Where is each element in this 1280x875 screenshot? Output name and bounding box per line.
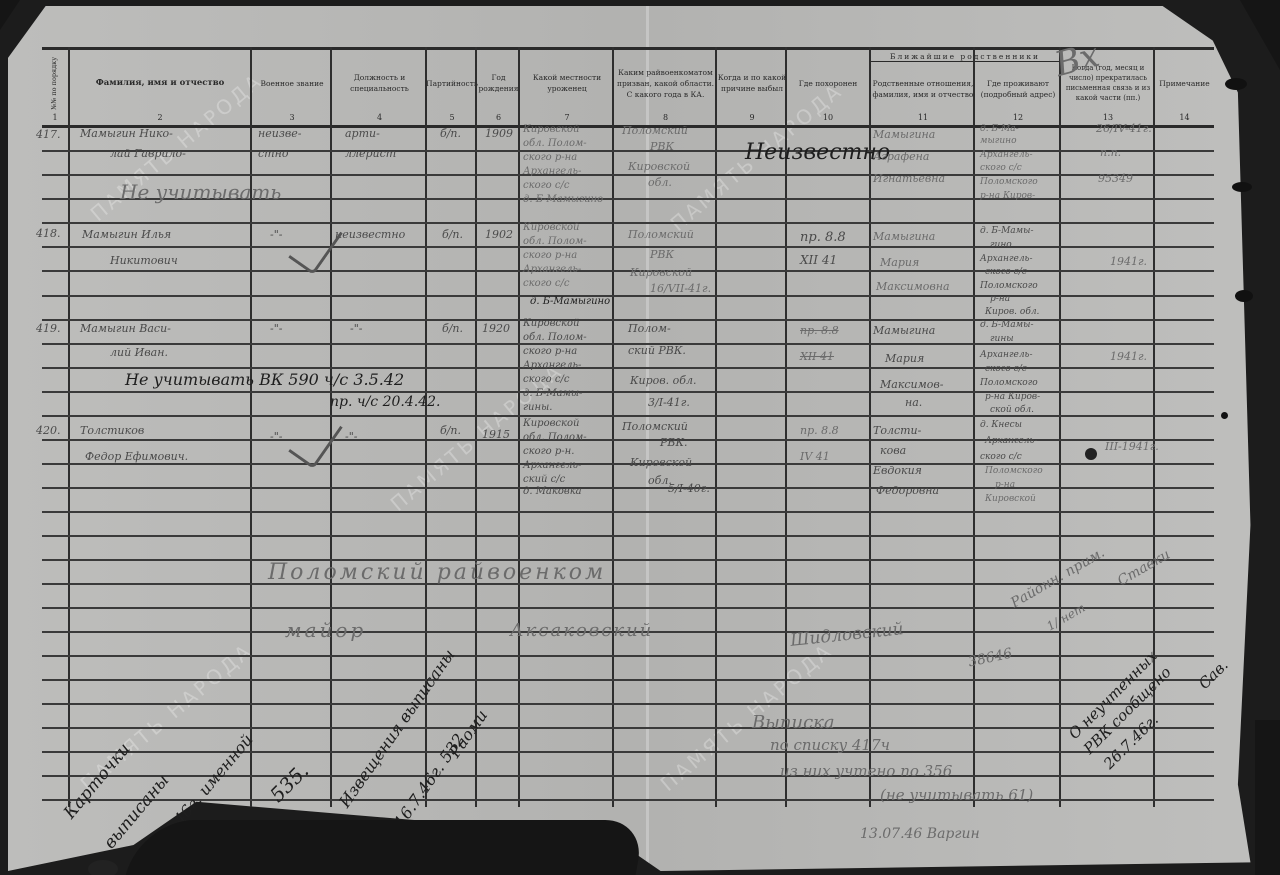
- relative-name: Мамыгина: [873, 128, 935, 141]
- grid-line: [973, 47, 975, 807]
- birthplace: д. Маковка: [523, 486, 582, 497]
- table-header: №№ по порядку Фамилия, имя и отчество Во…: [42, 47, 1214, 116]
- position: -"-: [350, 322, 363, 335]
- row-number: 420.: [36, 424, 61, 437]
- ink-blot: [1085, 448, 1097, 460]
- ruled-line: [42, 559, 1214, 561]
- commissar-signature: Аксаковский: [510, 620, 653, 641]
- col-header-14: Примечание: [1155, 50, 1214, 116]
- rank: стно: [258, 147, 288, 160]
- relative-address: р-на: [990, 294, 1010, 304]
- relative-address: мыгино: [980, 136, 1016, 146]
- relative-name: Мария: [885, 352, 924, 365]
- party-membership: б/п.: [440, 424, 461, 437]
- position: арти-: [345, 127, 380, 140]
- party-membership: б/п.: [442, 228, 463, 241]
- draft-office: обл.: [648, 176, 672, 189]
- draft-office: Поломский: [628, 228, 694, 241]
- ruled-line: [42, 487, 1214, 489]
- draft-office: 5/I-40г.: [668, 482, 710, 495]
- draft-office: Кировской: [628, 160, 690, 173]
- draft-office: Поломский: [622, 420, 688, 433]
- relative-address: д. Б-Мамы-: [980, 320, 1034, 330]
- relative-name: Евдокия: [873, 464, 922, 477]
- relative-address: д. Б-Ма-: [980, 124, 1019, 134]
- grid-line: [1059, 47, 1061, 807]
- burial-place: XII 41: [800, 350, 834, 363]
- paper-hole: [1225, 78, 1247, 90]
- col-header-11: Родственные отношения, фамилия, имя и от…: [871, 62, 975, 116]
- birthplace: д. Б-Мамыгино: [523, 194, 603, 205]
- relative-address: Поломского: [980, 281, 1038, 291]
- full-name: Толстиков: [80, 424, 144, 437]
- birthplace: Кировской: [523, 418, 579, 429]
- col-header-5: Партийность: [427, 50, 477, 116]
- relative-name: Максимовна: [876, 280, 950, 293]
- col-header-4: Должность и специальность: [332, 50, 427, 116]
- birthplace: обл. Полом-: [523, 138, 587, 149]
- ruled-line: [42, 727, 1214, 729]
- relative-address: ского с/с: [980, 452, 1022, 462]
- draft-office: РВК: [650, 248, 674, 261]
- ruled-line: [42, 174, 1214, 176]
- commissar-title: Поломский райвоенком: [268, 560, 606, 585]
- relative-address: ской обл.: [990, 405, 1034, 415]
- col-header-2: Фамилия, имя и отчество: [70, 50, 250, 116]
- relative-address: р-на Киров-: [985, 392, 1040, 402]
- birthplace: ского р-н.: [523, 446, 574, 457]
- relative-address: Архангель-: [980, 350, 1033, 360]
- ruled-line: [42, 535, 1214, 537]
- draft-office: РВК: [650, 140, 674, 153]
- birthplace: Кировской: [523, 318, 579, 329]
- birthplace: Архангель-: [523, 460, 581, 471]
- relative-name: Федоровна: [876, 484, 939, 497]
- draft-office: 3/I-41г.: [648, 396, 690, 409]
- ruled-line: [42, 607, 1214, 609]
- last-contact: п.п.: [1100, 146, 1121, 159]
- rank: неизве-: [258, 127, 301, 140]
- relative-address: р-на Киров-: [980, 191, 1035, 201]
- last-contact: 1941г.: [1110, 350, 1147, 363]
- exclusion-note: пр. ч/с 20.4.42.: [330, 394, 440, 410]
- ruled-line: [42, 463, 1214, 465]
- draft-office: ский РВК.: [628, 344, 686, 357]
- birthplace: ского с/с: [523, 278, 569, 289]
- relative-address: ского с/с: [980, 163, 1022, 173]
- grid-line: [250, 47, 252, 807]
- grid-line: [475, 47, 477, 807]
- position: ллерист: [345, 147, 396, 160]
- party-membership: б/п.: [440, 127, 461, 140]
- full-name: лай Гаврило-: [110, 147, 186, 160]
- birthplace: Архангель-: [523, 264, 581, 275]
- full-name: Мамыгин Нико-: [80, 127, 173, 140]
- relative-name: кова: [880, 444, 906, 457]
- fate-stamp: Неизвестно: [745, 140, 890, 165]
- ruled-line: [42, 295, 1214, 297]
- torn-edge: [125, 820, 646, 875]
- birthplace: обл. Полом-: [523, 236, 587, 247]
- relative-address: гины: [990, 334, 1014, 344]
- rank: -"-: [270, 228, 283, 241]
- full-name: Мамыгин Васи-: [80, 322, 171, 335]
- paper-hole: [1221, 412, 1228, 419]
- group-header-relatives: Ближайшие родственники: [871, 52, 1059, 62]
- relative-address: Архангель-: [980, 254, 1033, 264]
- last-contact: III-1941г.: [1105, 440, 1159, 453]
- relative-address: Поломского: [980, 177, 1038, 187]
- relative-address: Архангель-: [985, 436, 1038, 446]
- col-header-3: Военное звание: [252, 50, 332, 116]
- relative-address: гино: [990, 240, 1012, 250]
- relative-address: Кировской: [985, 494, 1036, 504]
- birth-year: 1915: [482, 428, 510, 441]
- relative-address: Поломского: [980, 378, 1038, 388]
- torn-corner: [1240, 0, 1280, 70]
- extract-note: из них учтено по 356: [780, 762, 952, 780]
- col-num: 10: [787, 113, 869, 125]
- relative-address: д. Кнесы: [980, 420, 1022, 430]
- birth-year: 1902: [485, 228, 513, 241]
- col-num: 11: [871, 113, 975, 125]
- birthplace: гины.: [523, 402, 552, 413]
- draft-office: Поломский: [622, 124, 688, 137]
- ruled-line: [42, 439, 1214, 441]
- draft-office: Полом-: [628, 322, 671, 335]
- relative-address: ского с/с: [985, 267, 1027, 277]
- col-num: 1: [42, 113, 68, 125]
- ruled-line: [42, 150, 1214, 152]
- paper-hole: [1235, 290, 1253, 302]
- birthplace: ского с/с: [523, 180, 569, 191]
- relative-address: Киров. обл.: [985, 307, 1039, 317]
- birthplace: Кировской: [523, 222, 579, 233]
- ruled-line: [42, 511, 1214, 513]
- birthplace: ского р-на: [523, 152, 577, 163]
- torn-edge: [1255, 720, 1280, 875]
- extract-note: по списку 417ч: [770, 736, 890, 754]
- grid-line: [715, 47, 717, 807]
- grid-line: [518, 47, 520, 807]
- burial-place: пр. 8.8: [800, 230, 846, 245]
- position: -"-: [345, 430, 358, 443]
- col-num: 5: [427, 113, 477, 125]
- col-header-10: Где похоронен: [787, 50, 869, 116]
- col-header-9: Когда и по какой причине выбыл: [717, 50, 787, 116]
- extract-note: 13.07.46 Варгин: [860, 826, 980, 842]
- relative-name: Мария: [880, 256, 919, 269]
- ruled-line: [42, 703, 1214, 705]
- draft-office: РВК.: [660, 436, 688, 449]
- birthplace: обл. Полом-: [523, 332, 587, 343]
- commissar-rank: майор: [285, 618, 366, 642]
- ruled-line: [42, 222, 1214, 224]
- birthplace: Архангель-: [523, 360, 581, 371]
- party-membership: б/п.: [442, 322, 463, 335]
- col-num: 14: [1155, 113, 1214, 125]
- col-header-6: Год рождения: [477, 50, 520, 116]
- birth-year: 1920: [482, 322, 510, 335]
- exclusion-note: Не учитывать ВК 590 ч/с 3.5.42: [125, 370, 404, 389]
- draft-office: Киров. обл.: [630, 374, 697, 387]
- ruled-line: [42, 367, 1214, 369]
- paper-hole: [1232, 182, 1252, 192]
- birthplace: ского с/с: [523, 374, 569, 385]
- draft-office: Кировской: [630, 266, 692, 279]
- birthplace: ского р-на: [523, 250, 577, 261]
- last-contact: 95349: [1098, 172, 1133, 185]
- col-num: 6: [477, 113, 520, 125]
- torn-corner: [0, 0, 20, 30]
- col-header-1: №№ по порядку: [50, 56, 61, 109]
- exclusion-note: Не учитывать: [120, 180, 281, 204]
- relative-address: р-на: [995, 480, 1015, 490]
- birthplace: ский с/с: [523, 474, 565, 485]
- relative-name: Мамыгина: [873, 230, 935, 243]
- burial-place: пр. 8.8: [800, 424, 839, 437]
- birthplace: обл. Полом-: [523, 432, 587, 443]
- relative-name: Аграфена: [873, 150, 929, 163]
- position: неизвестно: [335, 228, 405, 241]
- rank: -"-: [270, 430, 283, 443]
- row-number: 419.: [36, 322, 61, 335]
- relative-name: Игнатьевна: [873, 172, 945, 185]
- col-header-12: Где проживают (подробный адрес): [975, 62, 1061, 116]
- burial-place: пр. 8.8: [800, 324, 839, 337]
- relative-address: д. Б-Мамы-: [980, 226, 1034, 236]
- rank: -"-: [270, 322, 283, 335]
- extract-note: Выписка: [752, 712, 835, 733]
- ruled-line: [42, 679, 1214, 681]
- birthplace: ского р-на: [523, 346, 577, 357]
- draft-office: 16/VII-41г.: [650, 282, 711, 295]
- birthplace: Кировской: [523, 124, 579, 135]
- relative-name: Толсти-: [873, 424, 921, 437]
- col-num: 4: [332, 113, 427, 125]
- relative-name: Мамыгина: [873, 324, 935, 337]
- draft-office: Кировской: [630, 456, 692, 469]
- ink-blot: [88, 860, 118, 875]
- full-name: Федор Ефимович.: [85, 450, 188, 463]
- col-num: 2: [70, 113, 250, 125]
- birth-year: 1909: [485, 127, 513, 140]
- ruled-line: [42, 270, 1214, 272]
- full-name: лий Иван.: [110, 346, 168, 359]
- full-name: Никитович: [110, 254, 178, 267]
- burial-place: IV 41: [800, 450, 830, 463]
- birthplace: д. Б-Мамыгино: [530, 296, 610, 307]
- birthplace: д. Б-Мамы-: [523, 388, 582, 399]
- col-num: 9: [717, 113, 787, 125]
- row-number: 417.: [36, 128, 61, 141]
- col-header-7: Какой местности уроженец: [520, 50, 614, 116]
- full-name: Мамыгин Илья: [82, 228, 171, 241]
- col-header-8: Каким райвоенкоматом призван, какой обла…: [614, 50, 717, 116]
- row-number: 418.: [36, 227, 61, 240]
- relative-address: ского с/с: [985, 364, 1027, 374]
- relative-address: Архангель-: [980, 150, 1033, 160]
- relative-name: Максимов-: [880, 378, 944, 391]
- extract-note: (не учитывать 61): [880, 786, 1033, 804]
- last-contact: 26/IV-41г.: [1096, 122, 1152, 135]
- ruled-line: [42, 655, 1214, 657]
- grid-line: [68, 47, 70, 807]
- ruled-line: [42, 246, 1214, 248]
- relative-name: на.: [905, 396, 922, 409]
- ruled-line: [42, 799, 1214, 801]
- ruled-line: [42, 751, 1214, 753]
- burial-place: XII 41: [800, 253, 837, 267]
- relative-address: Поломского: [985, 466, 1043, 476]
- ruled-line: [42, 415, 1214, 417]
- ruled-line: [42, 319, 1214, 321]
- grid-line: [612, 47, 614, 807]
- col-num: 3: [252, 113, 332, 125]
- birthplace: Архангель-: [523, 166, 581, 177]
- last-contact: 1941г.: [1110, 255, 1147, 268]
